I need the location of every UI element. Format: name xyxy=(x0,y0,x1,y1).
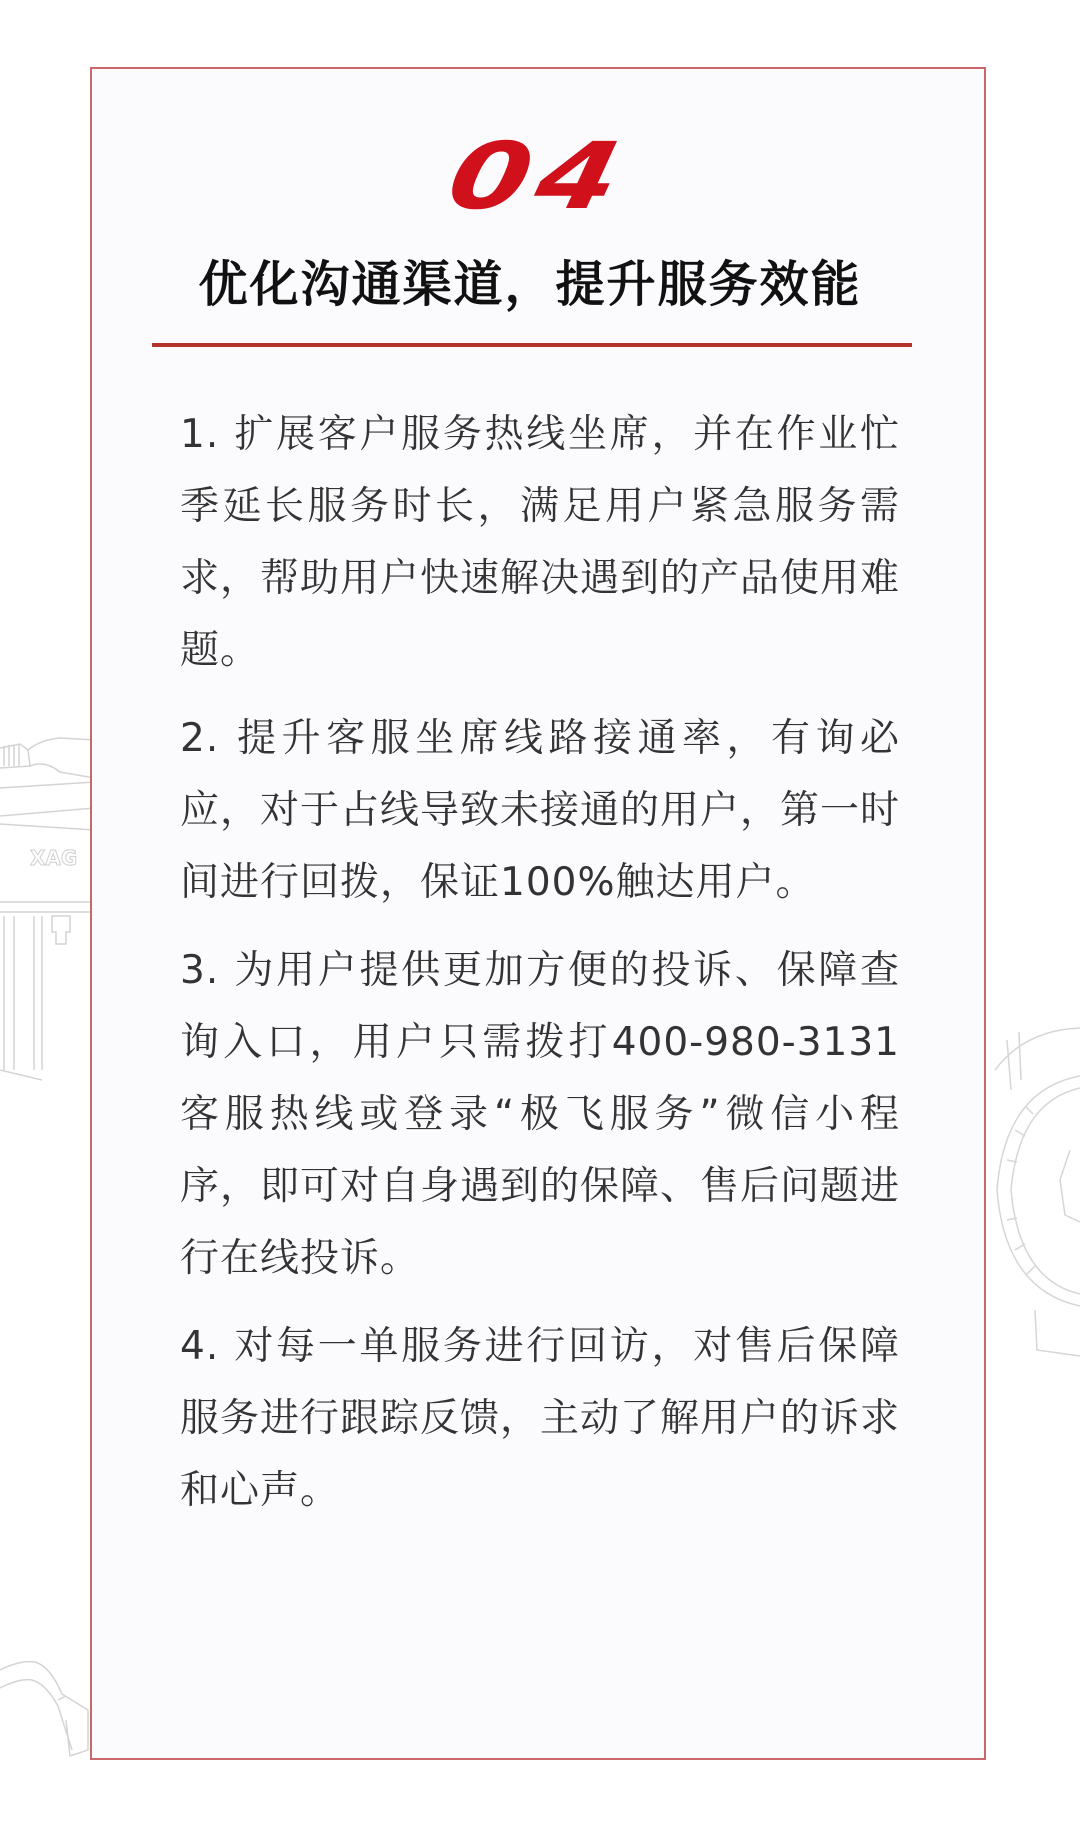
drone-arm-sketch-icon xyxy=(0,1600,95,1770)
body-text: 1. 扩展客户服务热线坐席，并在作业忙季延长服务时长，满足用户紧急服务需求，帮助… xyxy=(180,399,900,1543)
section-title: 优化沟通渠道，提升服务效能 xyxy=(150,249,910,321)
drone-sketch-right-icon xyxy=(985,1010,1080,1370)
paragraph-3: 3. 为用户提供更加方便的投诉、保障查询入口，用户只需拨打400-980-313… xyxy=(180,935,900,1295)
paragraph-2: 2. 提升客服坐席线路接通率，有询必应，对于占线导致未接通的用户，第一时间进行回… xyxy=(180,703,900,919)
title-divider xyxy=(152,343,912,347)
section-number: 04 xyxy=(0,131,1080,223)
paragraph-1: 1. 扩展客户服务热线坐席，并在作业忙季延长服务时长，满足用户紧急服务需求，帮助… xyxy=(180,399,900,687)
xag-logo-text: XAG xyxy=(30,846,77,870)
content-card: 04 优化沟通渠道，提升服务效能 1. 扩展客户服务热线坐席，并在作业忙季延长服… xyxy=(90,67,986,1760)
drone-sketch-left-icon: XAG xyxy=(0,720,95,1090)
paragraph-4: 4. 对每一单服务进行回访，对售后保障服务进行跟踪反馈，主动了解用户的诉求和心声… xyxy=(180,1311,900,1527)
